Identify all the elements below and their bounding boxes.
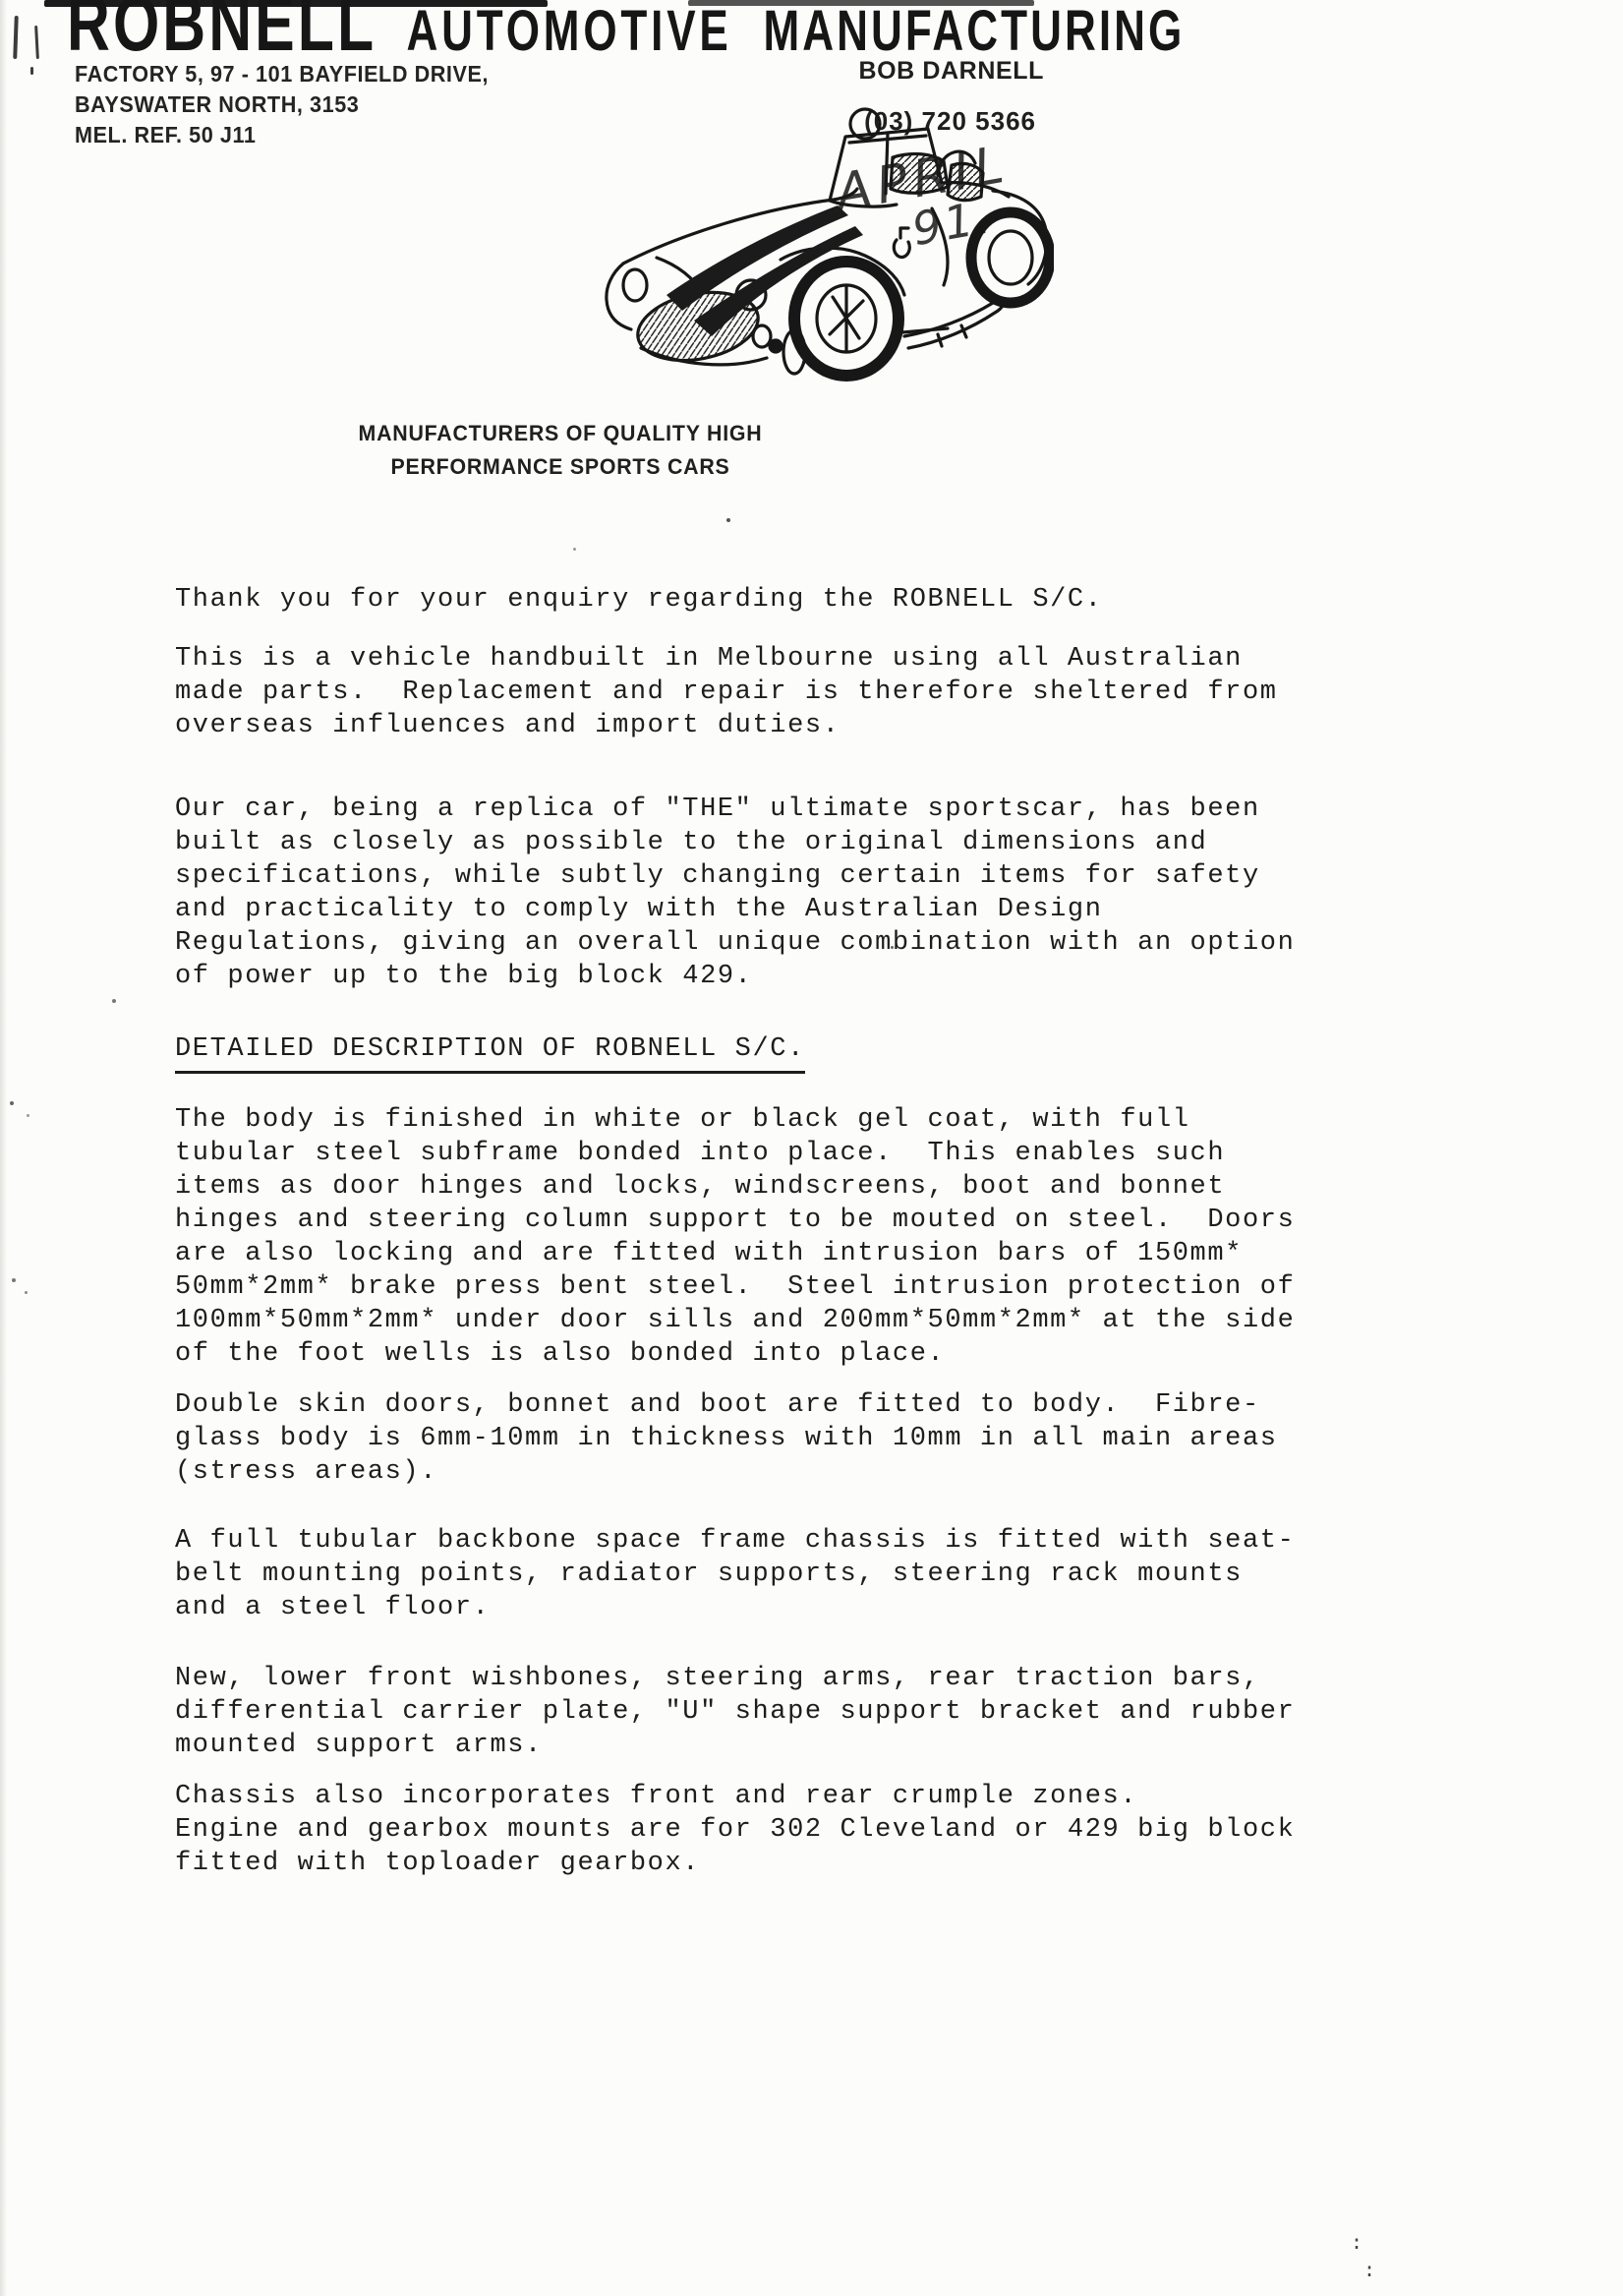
company-name-word: AUTOMOTIVE	[407, 0, 732, 63]
company-tagline: MANUFACTURERS OF QUALITY HIGH PERFORMANC…	[322, 417, 799, 484]
paragraph-wishbones: New, lower front wishbones, steering arm…	[175, 1662, 1364, 1762]
car-illustration	[602, 100, 1054, 395]
scan-speck	[10, 1101, 14, 1105]
scan-speck	[27, 1114, 29, 1117]
paragraph-handbuilt: This is a vehicle handbuilt in Melbourne…	[175, 642, 1364, 742]
paragraph-crumple-zones: Chassis also incorporates front and rear…	[175, 1780, 1364, 1880]
scan-speck	[112, 999, 116, 1003]
scan-edge-shade	[0, 0, 7, 2296]
paragraph-double-skin: Double skin doors, bonnet and boot are f…	[175, 1388, 1364, 1489]
scan-speck	[726, 518, 730, 522]
contact-name: BOB DARNELL	[858, 57, 1044, 86]
company-address: FACTORY 5, 97 - 101 BAYFIELD DRIVE, BAYS…	[75, 59, 489, 150]
paragraph-thank-you: Thank you for your enquiry regarding the…	[175, 583, 1364, 617]
scan-mark-colon: :	[1363, 2258, 1375, 2281]
tagline-line: PERFORMANCE SPORTS CARS	[322, 450, 799, 484]
scan-speck	[891, 946, 894, 949]
company-name-word: ROBNELL	[67, 0, 377, 67]
section-heading: DETAILED DESCRIPTION OF ROBNELL S/C.	[175, 1032, 805, 1074]
company-name-word: MANUFACTURING	[764, 0, 1186, 63]
paragraph-replica: Our car, being a replica of "THE" ultima…	[175, 793, 1364, 993]
scan-speck	[573, 548, 576, 551]
address-line: MEL. REF. 50 J11	[75, 120, 489, 150]
scan-pen-mark	[34, 26, 39, 59]
tagline-line: MANUFACTURERS OF QUALITY HIGH	[322, 417, 799, 450]
address-line: BAYSWATER NORTH, 3153	[75, 89, 489, 120]
address-line: FACTORY 5, 97 - 101 BAYFIELD DRIVE,	[75, 59, 489, 89]
scan-speck	[25, 1291, 28, 1294]
company-name: ROBNELLAUTOMOTIVEMANUFACTURING	[67, 0, 1185, 63]
scan-pen-mark	[30, 67, 33, 75]
section-heading-wrap: DETAILED DESCRIPTION OF ROBNELL S/C.	[175, 1032, 1364, 1074]
scan-mark-colon: :	[1351, 2230, 1362, 2254]
paragraph-chassis-frame: A full tubular backbone space frame chas…	[175, 1524, 1364, 1624]
letter-body: Thank you for your enquiry regarding the…	[175, 583, 1364, 1880]
scan-pen-mark	[13, 16, 19, 59]
scanned-letter-page: ROBNELLAUTOMOTIVEMANUFACTURING FACTORY 5…	[0, 0, 1623, 2296]
scan-speck	[12, 1278, 16, 1282]
paragraph-body-finish: The body is finished in white or black g…	[175, 1103, 1364, 1371]
